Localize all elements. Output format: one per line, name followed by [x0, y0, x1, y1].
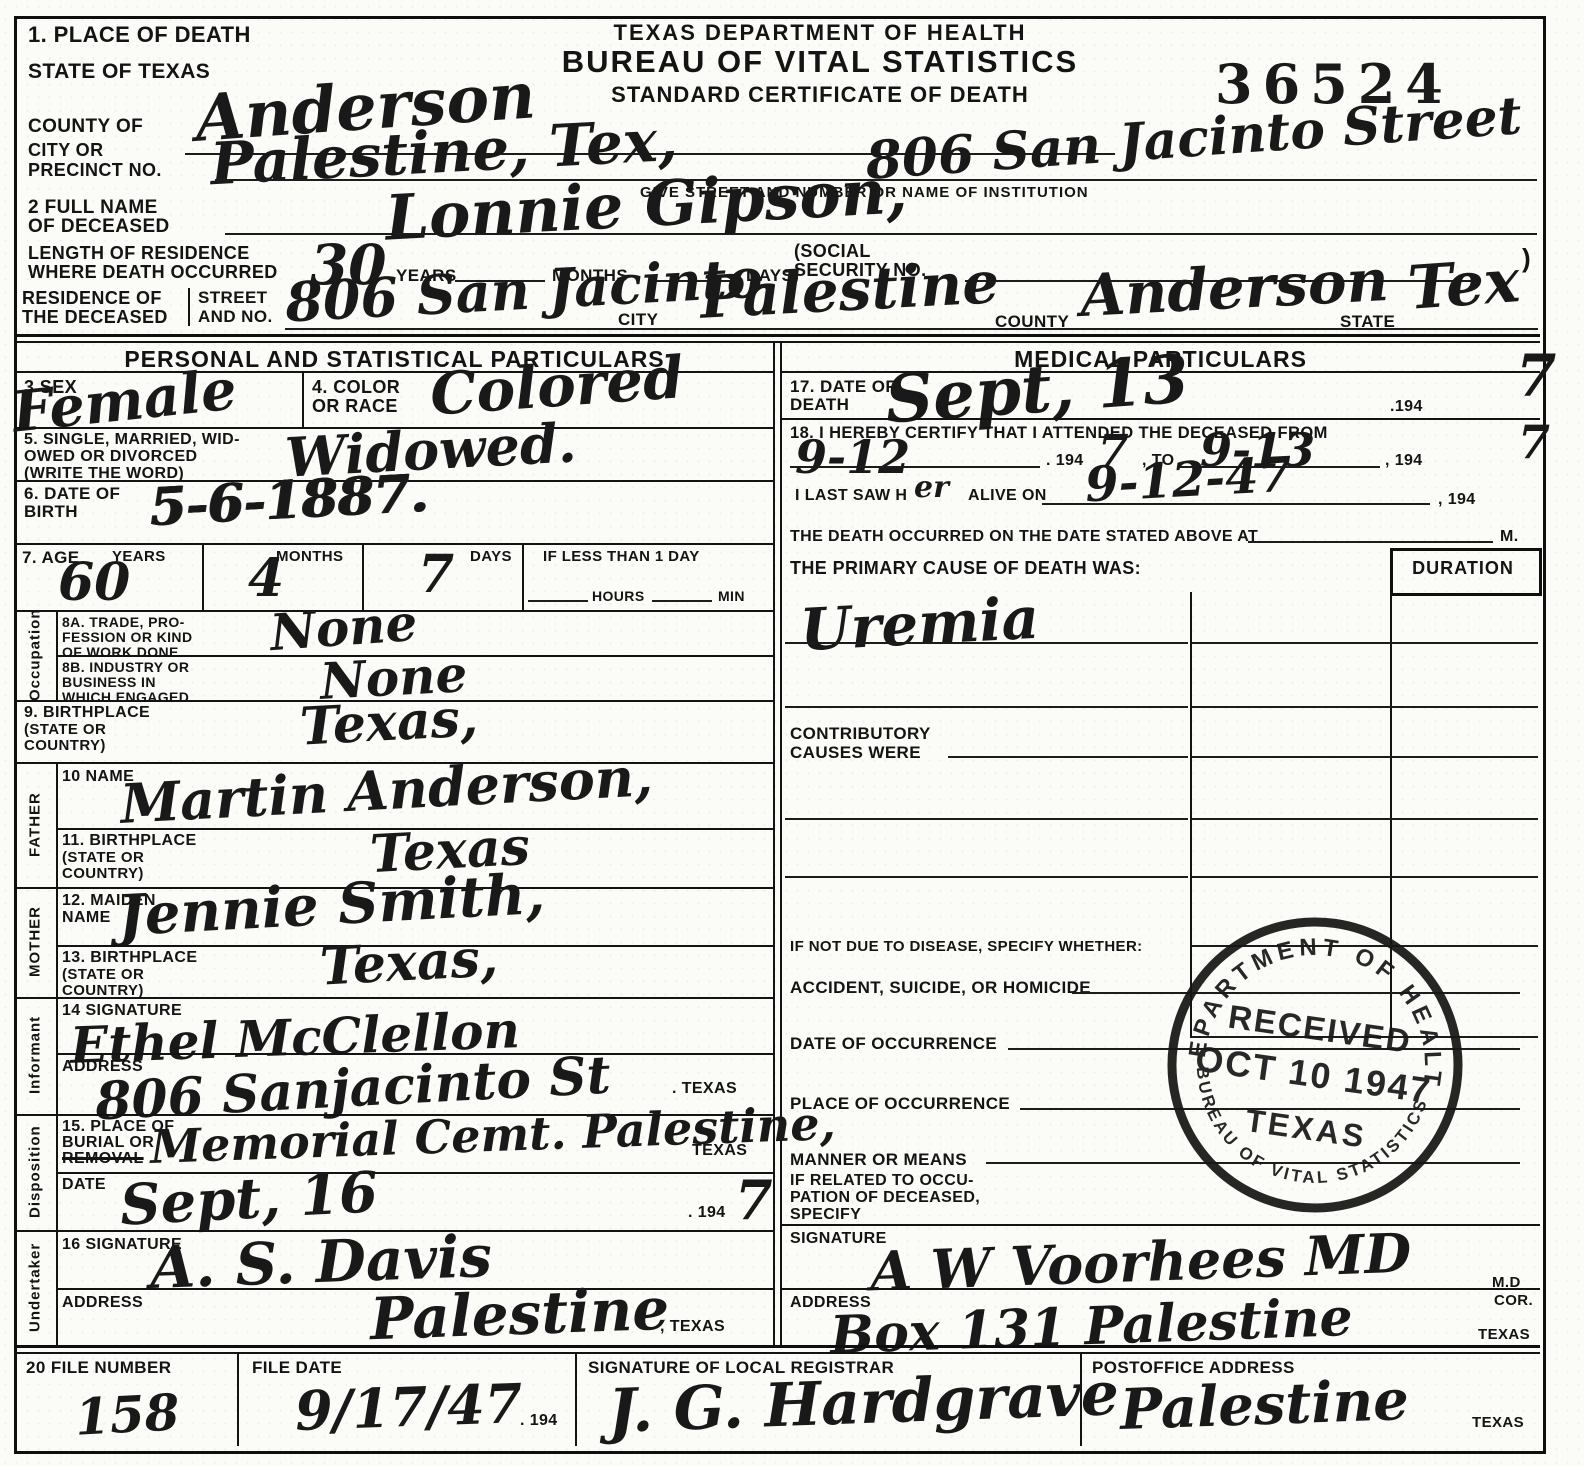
age-days-label: DAYS [470, 548, 512, 565]
related-label-1: IF RELATED TO OCCU- [790, 1172, 974, 1190]
top-separator-line-2 [14, 341, 1540, 343]
age-hours-label: HOURS [592, 588, 645, 604]
age-months-value-handwriting: 4 [248, 548, 284, 609]
birthplace-label-1: 9. BIRTHPLACE [24, 704, 150, 722]
file-date-year-prefix: . 194 [520, 1412, 558, 1430]
undertaker-address-label: ADDRESS [62, 1294, 143, 1312]
informant-strip-divider [56, 997, 58, 1114]
header-bureau: BUREAU OF VITAL STATISTICS [530, 44, 1110, 80]
industry-label-3: WHICH ENGAGED [62, 689, 189, 705]
footer-separator-2 [14, 1352, 1540, 1354]
undertaker-address-handwriting: Palestine [369, 1275, 670, 1353]
length-residence-label-2: WHERE DEATH OCCURRED [28, 262, 278, 283]
residence-label-1: RESIDENCE OF [22, 288, 162, 309]
mother-side-label: MOTHER [18, 889, 52, 995]
undertaker-address-state-label: , TEXAS [660, 1318, 725, 1336]
occurred-line [1248, 541, 1493, 543]
file-date-handwriting: 9/17/47 [294, 1371, 523, 1443]
residence-label-2: THE DECEASED [22, 307, 168, 328]
color-label-1: 4. COLOR [312, 377, 400, 398]
attended-from-handwriting: 9-12 [795, 430, 910, 484]
row13-border [14, 997, 773, 999]
burial-date-label: DATE [62, 1176, 106, 1194]
age-hours-line [528, 600, 588, 602]
footer-divider-2 [575, 1352, 577, 1446]
burial-date-year-prefix: . 194 [688, 1204, 726, 1222]
mother-bp-label-1: 13. BIRTHPLACE [62, 949, 197, 967]
state-of-texas-label: STATE OF TEXAS [28, 60, 210, 84]
burial-label-3-struck: REMOVAL [62, 1150, 144, 1168]
physician-cor-label: COR. [1494, 1292, 1533, 1309]
cause-line-4 [785, 876, 1188, 878]
disposition-side-label: Disposition [18, 1116, 52, 1228]
duration-line-1 [1192, 642, 1538, 644]
city-label-2: PRECINCT NO. [28, 160, 162, 181]
father-strip-divider [56, 762, 58, 887]
contributory-label-2: CAUSES WERE [790, 743, 921, 763]
trade-label-2: FESSION OR KIND [62, 629, 192, 645]
dod-year-suffix-handwriting: 7 [1516, 342, 1556, 410]
dob-label-1: 6. DATE OF [24, 484, 120, 504]
informant-address-state-label: . TEXAS [672, 1080, 737, 1098]
row6-border [14, 543, 773, 545]
file-number-label: 20 FILE NUMBER [26, 1358, 171, 1378]
county-label: COUNTY OF [28, 116, 143, 138]
residence-street-label-2: AND NO. [198, 307, 273, 327]
age-min-line [652, 600, 712, 602]
trade-label-3: OF WORK DONE [62, 644, 179, 660]
manner-label: MANNER OR MEANS [790, 1150, 967, 1170]
occupation-side-label: Occupation [18, 612, 52, 698]
primary-cause-label: THE PRIMARY CAUSE OF DEATH WAS: [790, 558, 1141, 579]
age-less-than-day-label: IF LESS THAN 1 DAY [543, 548, 700, 565]
place-of-death-label: 1. PLACE OF DEATH [28, 22, 251, 48]
dod-border [780, 418, 1540, 420]
attended-from-line [790, 466, 1040, 468]
dod-year-prefix: .194 [1390, 398, 1423, 416]
age-months-label: MONTHS [276, 548, 343, 565]
residence-street-label-1: STREET [198, 288, 267, 308]
father-bp-label-3: COUNTRY) [62, 865, 144, 882]
cause-line-3 [785, 818, 1188, 820]
industry-label-1: 8B. INDUSTRY OR [62, 659, 189, 675]
father-bp-label-2: (STATE OR [62, 849, 144, 866]
mother-strip-divider [56, 887, 58, 997]
mother-bp-label-2: (STATE OR [62, 966, 144, 983]
duration-line-5 [1192, 876, 1538, 878]
not-disease-label: IF NOT DUE TO DISEASE, SPECIFY WHETHER: [790, 938, 1143, 955]
age-divider-3 [522, 543, 524, 610]
cause-value-handwriting: Uremia [798, 584, 1040, 664]
birthplace-value-handwriting: Texas, [299, 687, 480, 757]
duration-line-2 [1192, 706, 1538, 708]
file-number-handwriting: 158 [74, 1382, 181, 1446]
age-divider-1 [202, 543, 204, 610]
dod-label-1: 17. DATE OF [790, 377, 896, 397]
dod-label-2: DEATH [790, 395, 849, 415]
color-label-2: OR RACE [312, 396, 398, 417]
related-label-2: PATION OF DECEASED, [790, 1189, 980, 1207]
contributory-label-1: CONTRIBUTORY [790, 724, 931, 744]
burial-state-label: TEXAS [692, 1142, 747, 1160]
occurred-m-label: M. [1500, 528, 1519, 546]
age-min-label: MIN [718, 588, 745, 604]
trade-label-1: 8A. TRADE, PRO- [62, 614, 185, 630]
cause-line-2 [785, 706, 1188, 708]
father-side-label: FATHER [18, 764, 52, 885]
cause-line-1 [785, 642, 1188, 644]
birthplace-label-2: (STATE OR [24, 721, 106, 738]
father-bp-label-1: 11. BIRTHPLACE [62, 832, 197, 850]
burial-date-year-suffix-handwriting: 7 [735, 1168, 773, 1232]
footer-separator-1 [14, 1345, 1540, 1348]
accident-label: ACCIDENT, SUICIDE, OR HOMICIDE [790, 978, 1091, 998]
sex-color-divider [302, 371, 304, 427]
last-saw-label-2: ALIVE ON [968, 487, 1047, 505]
to-year-prefix: , 194 [1385, 452, 1423, 470]
last-saw-line [1042, 503, 1430, 505]
age-days-value-handwriting: 7 [418, 544, 454, 605]
file-date-label: FILE DATE [252, 1358, 342, 1378]
last-saw-year: , 194 [1438, 491, 1476, 509]
industry-label-2: BUSINESS IN [62, 674, 156, 690]
physician-signature-border [780, 1288, 1540, 1290]
related-label-3: SPECIFY [790, 1206, 861, 1224]
last-saw-er-handwriting: er [914, 470, 949, 505]
occurred-label: THE DEATH OCCURRED ON THE DATE STATED AB… [790, 528, 1258, 546]
date-occurrence-label: DATE OF OCCURRENCE [790, 1034, 997, 1054]
marital-label-2: OWED OR DIVORCED [24, 448, 198, 466]
received-stamp: DEPARTMENT OF HEALTH RECEIVED OCT 10 194… [1142, 892, 1488, 1238]
marital-label-1: 5. SINGLE, MARRIED, WID- [24, 431, 240, 449]
maiden-label-2: NAME [62, 909, 111, 927]
birthplace-label-3: COUNTRY) [24, 737, 106, 754]
length-residence-label-1: LENGTH OF RESIDENCE [28, 243, 250, 264]
footer-divider-1 [237, 1352, 239, 1446]
to-year-suffix-handwriting: 7 [1518, 415, 1550, 469]
last-saw-label-1: I LAST SAW H [795, 487, 907, 505]
column-divider-2 [780, 341, 782, 1347]
full-name-underline [225, 233, 1537, 235]
header-department: TEXAS DEPARTMENT OF HEALTH [560, 20, 1080, 46]
duration-line-4 [1192, 818, 1538, 820]
age-years-value-handwriting: 60 [58, 552, 130, 613]
place-occurrence-label: PLACE OF OCCURRENCE [790, 1094, 1010, 1114]
residence-state-value-handwriting: Tex [1406, 246, 1522, 324]
duration-line-3 [1192, 756, 1538, 758]
residence-city-label: CITY [618, 310, 658, 330]
undertaker-side-label: Undertaker [18, 1232, 52, 1343]
mother-bp-value-handwriting: Texas, [319, 927, 500, 997]
header-standard-certificate: STANDARD CERTIFICATE OF DEATH [560, 82, 1080, 108]
from-year-prefix: . 194 [1046, 452, 1084, 470]
duration-label: DURATION [1392, 558, 1534, 579]
ssn-close-paren: ) [1522, 243, 1531, 274]
postoffice-value-handwriting: Palestine [1119, 1367, 1410, 1443]
stamp-state-text: TEXAS [1243, 1102, 1369, 1155]
death-certificate-document: 1. PLACE OF DEATH STATE OF TEXAS TEXAS D… [0, 0, 1584, 1466]
residence-underline [285, 328, 1538, 330]
full-name-label-2: OF DECEASED [28, 216, 170, 238]
column-divider-1 [773, 341, 775, 1347]
physician-address-state-label: TEXAS [1478, 1326, 1530, 1343]
informant-side-label: Informant [18, 999, 52, 1110]
dob-label-2: BIRTH [24, 502, 78, 522]
residence-label-divider [188, 288, 190, 326]
contributory-line [948, 756, 1188, 758]
postoffice-state-label: TEXAS [1472, 1414, 1524, 1431]
top-separator-line-1 [14, 334, 1540, 337]
city-label-1: CITY OR [28, 140, 103, 161]
